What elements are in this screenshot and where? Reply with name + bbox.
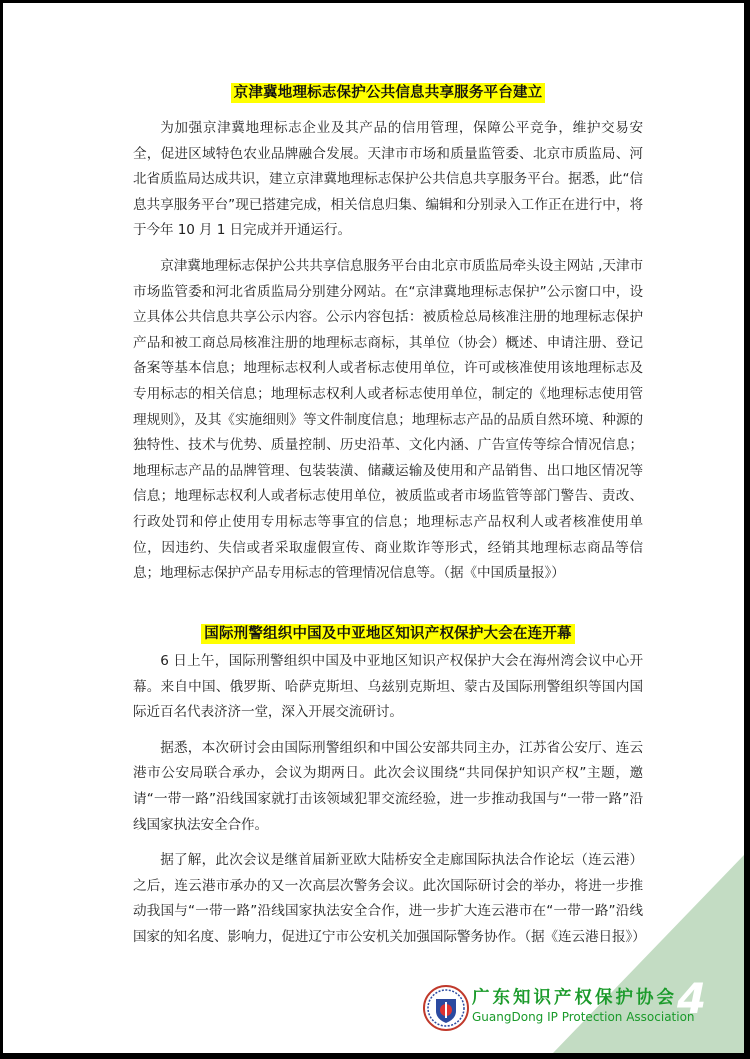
- article-headline: 京津冀地理标志保护公共信息共享服务平台建立: [231, 83, 546, 103]
- article-paragraph: 据了解，此次会议是继首届新亚欧大陆桥安全走廊国际执法合作论坛（连云港）之后，连云…: [133, 848, 643, 950]
- document-page: 京津冀地理标志保护公共信息共享服务平台建立 为加强京津冀地理标志企业及其产品的信…: [3, 3, 744, 1053]
- article-paragraph: 6 日上午，国际刑警组织中国及中亚地区知识产权保护大会在海州湾会议中心开幕。来自…: [133, 649, 643, 726]
- page-number: 4: [677, 975, 706, 1023]
- association-emblem-icon: [423, 985, 469, 1031]
- article-geo-indication-platform: 京津冀地理标志保护公共信息共享服务平台建立 为加强京津冀地理标志企业及其产品的信…: [133, 82, 643, 587]
- footer-org-name-cn: 广东知识产权保护协会: [472, 987, 677, 1009]
- article-interpol-ip-conference: 国际刑警组织中国及中亚地区知识产权保护大会在连开幕 6 日上午，国际刑警组织中国…: [133, 623, 643, 951]
- article-paragraph: 京津冀地理标志保护公共共享信息服务平台由北京市质监局牵头设主网站 ,天津市市场监…: [133, 254, 643, 587]
- footer-org-name-en: GuangDong IP Protection Association: [472, 1009, 695, 1025]
- article-paragraph: 为加强京津冀地理标志企业及其产品的信用管理，保障公平竞争，维护交易安全，促进区域…: [133, 116, 643, 244]
- article-headline: 国际刑警组织中国及中亚地区知识产权保护大会在连开幕: [201, 624, 575, 644]
- article-paragraph: 据悉，本次研讨会由国际刑警组织和中国公安部共同主办，江苏省公安厅、连云港市公安局…: [133, 736, 643, 838]
